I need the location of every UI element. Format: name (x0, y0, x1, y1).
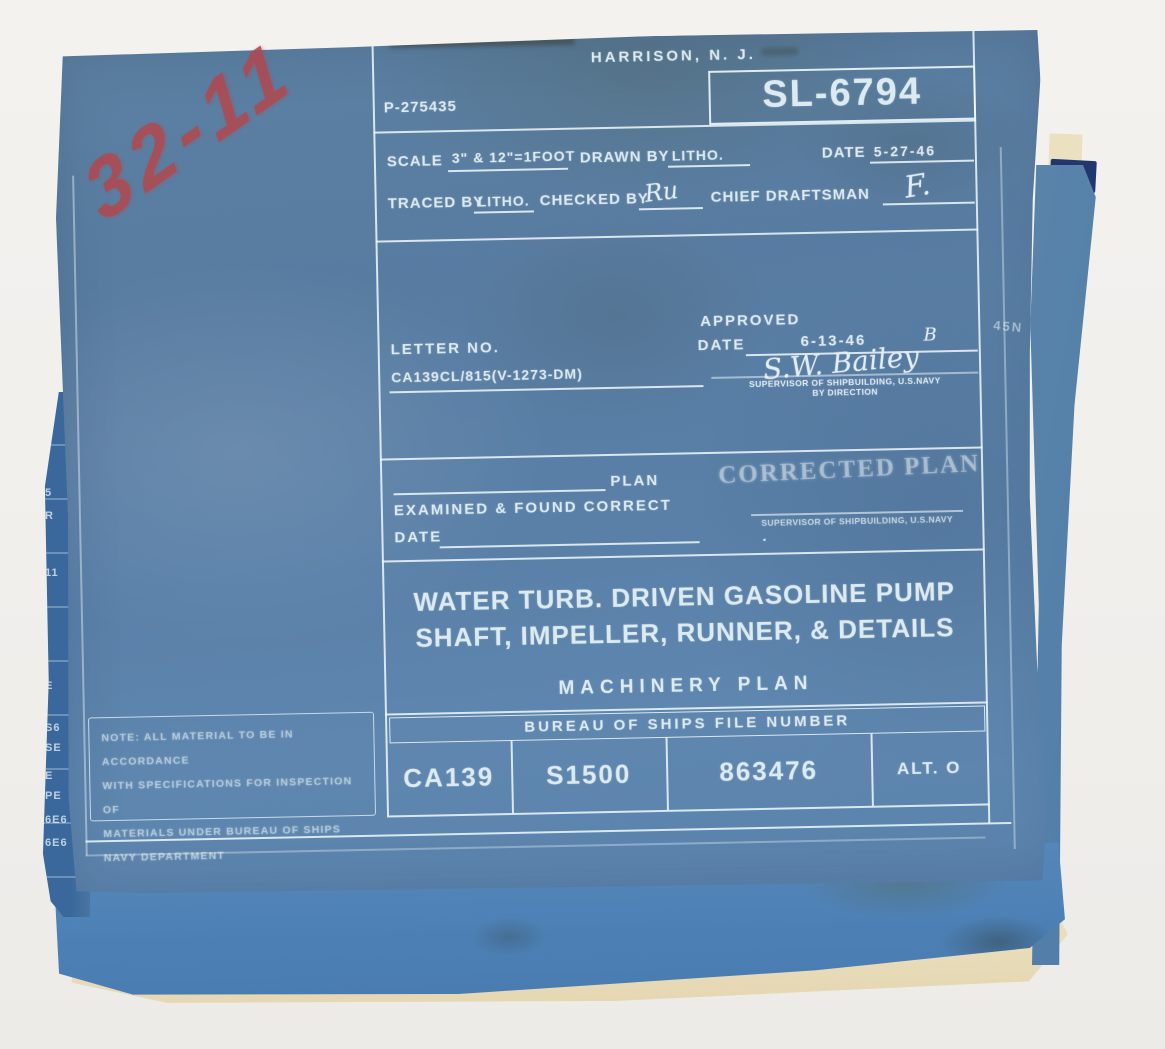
letter-no-label: LETTER NO. (391, 339, 500, 358)
traced-by-value: LITHO. (478, 193, 530, 210)
examined-plan-label: PLAN (610, 472, 659, 490)
bureau-cell-type: CA139 (386, 761, 512, 795)
chief-draftsman-signature: F. (902, 167, 933, 206)
bureau-cell-alt: ALT. O (871, 757, 987, 779)
checked-by-signature: Ru (643, 176, 680, 208)
note-line: NOTE: ALL MATERIAL TO BE IN ACCORDANCE (101, 721, 362, 774)
scale-label: SCALE (387, 152, 443, 170)
drawing-number: SL-6794 (710, 70, 974, 118)
drawn-by-label: DRAWN BY (580, 148, 670, 167)
examined-date-label: DATE (394, 528, 442, 546)
traced-by-label: TRACED BY (388, 193, 485, 212)
drawn-by-value: LITHO. (672, 147, 724, 164)
scale-value: 3" & 12"=1FOOT (452, 148, 576, 166)
bureau-cell-number: 863476 (666, 754, 872, 789)
note-line: WITH SPECIFICATIONS FOR INSPECTION OF (102, 769, 363, 822)
bureau-cell-class: S1500 (511, 758, 667, 792)
date-value: 5-27-46 (874, 142, 937, 159)
print-number: P-275435 (384, 98, 457, 116)
edge-marking: 45N (993, 318, 1024, 335)
date-label: DATE (822, 144, 866, 162)
checked-by-label: CHECKED BY (540, 190, 650, 209)
approved-label: APPROVED (700, 311, 801, 330)
period-mark: . (762, 528, 766, 544)
drawing-number-box: SL-6794 (708, 66, 976, 125)
chief-draftsman-label: CHIEF DRAFTSMAN (711, 186, 870, 206)
material-note-box: NOTE: ALL MATERIAL TO BE IN ACCORDANCE W… (88, 712, 376, 822)
approved-date-label: DATE (697, 336, 745, 354)
